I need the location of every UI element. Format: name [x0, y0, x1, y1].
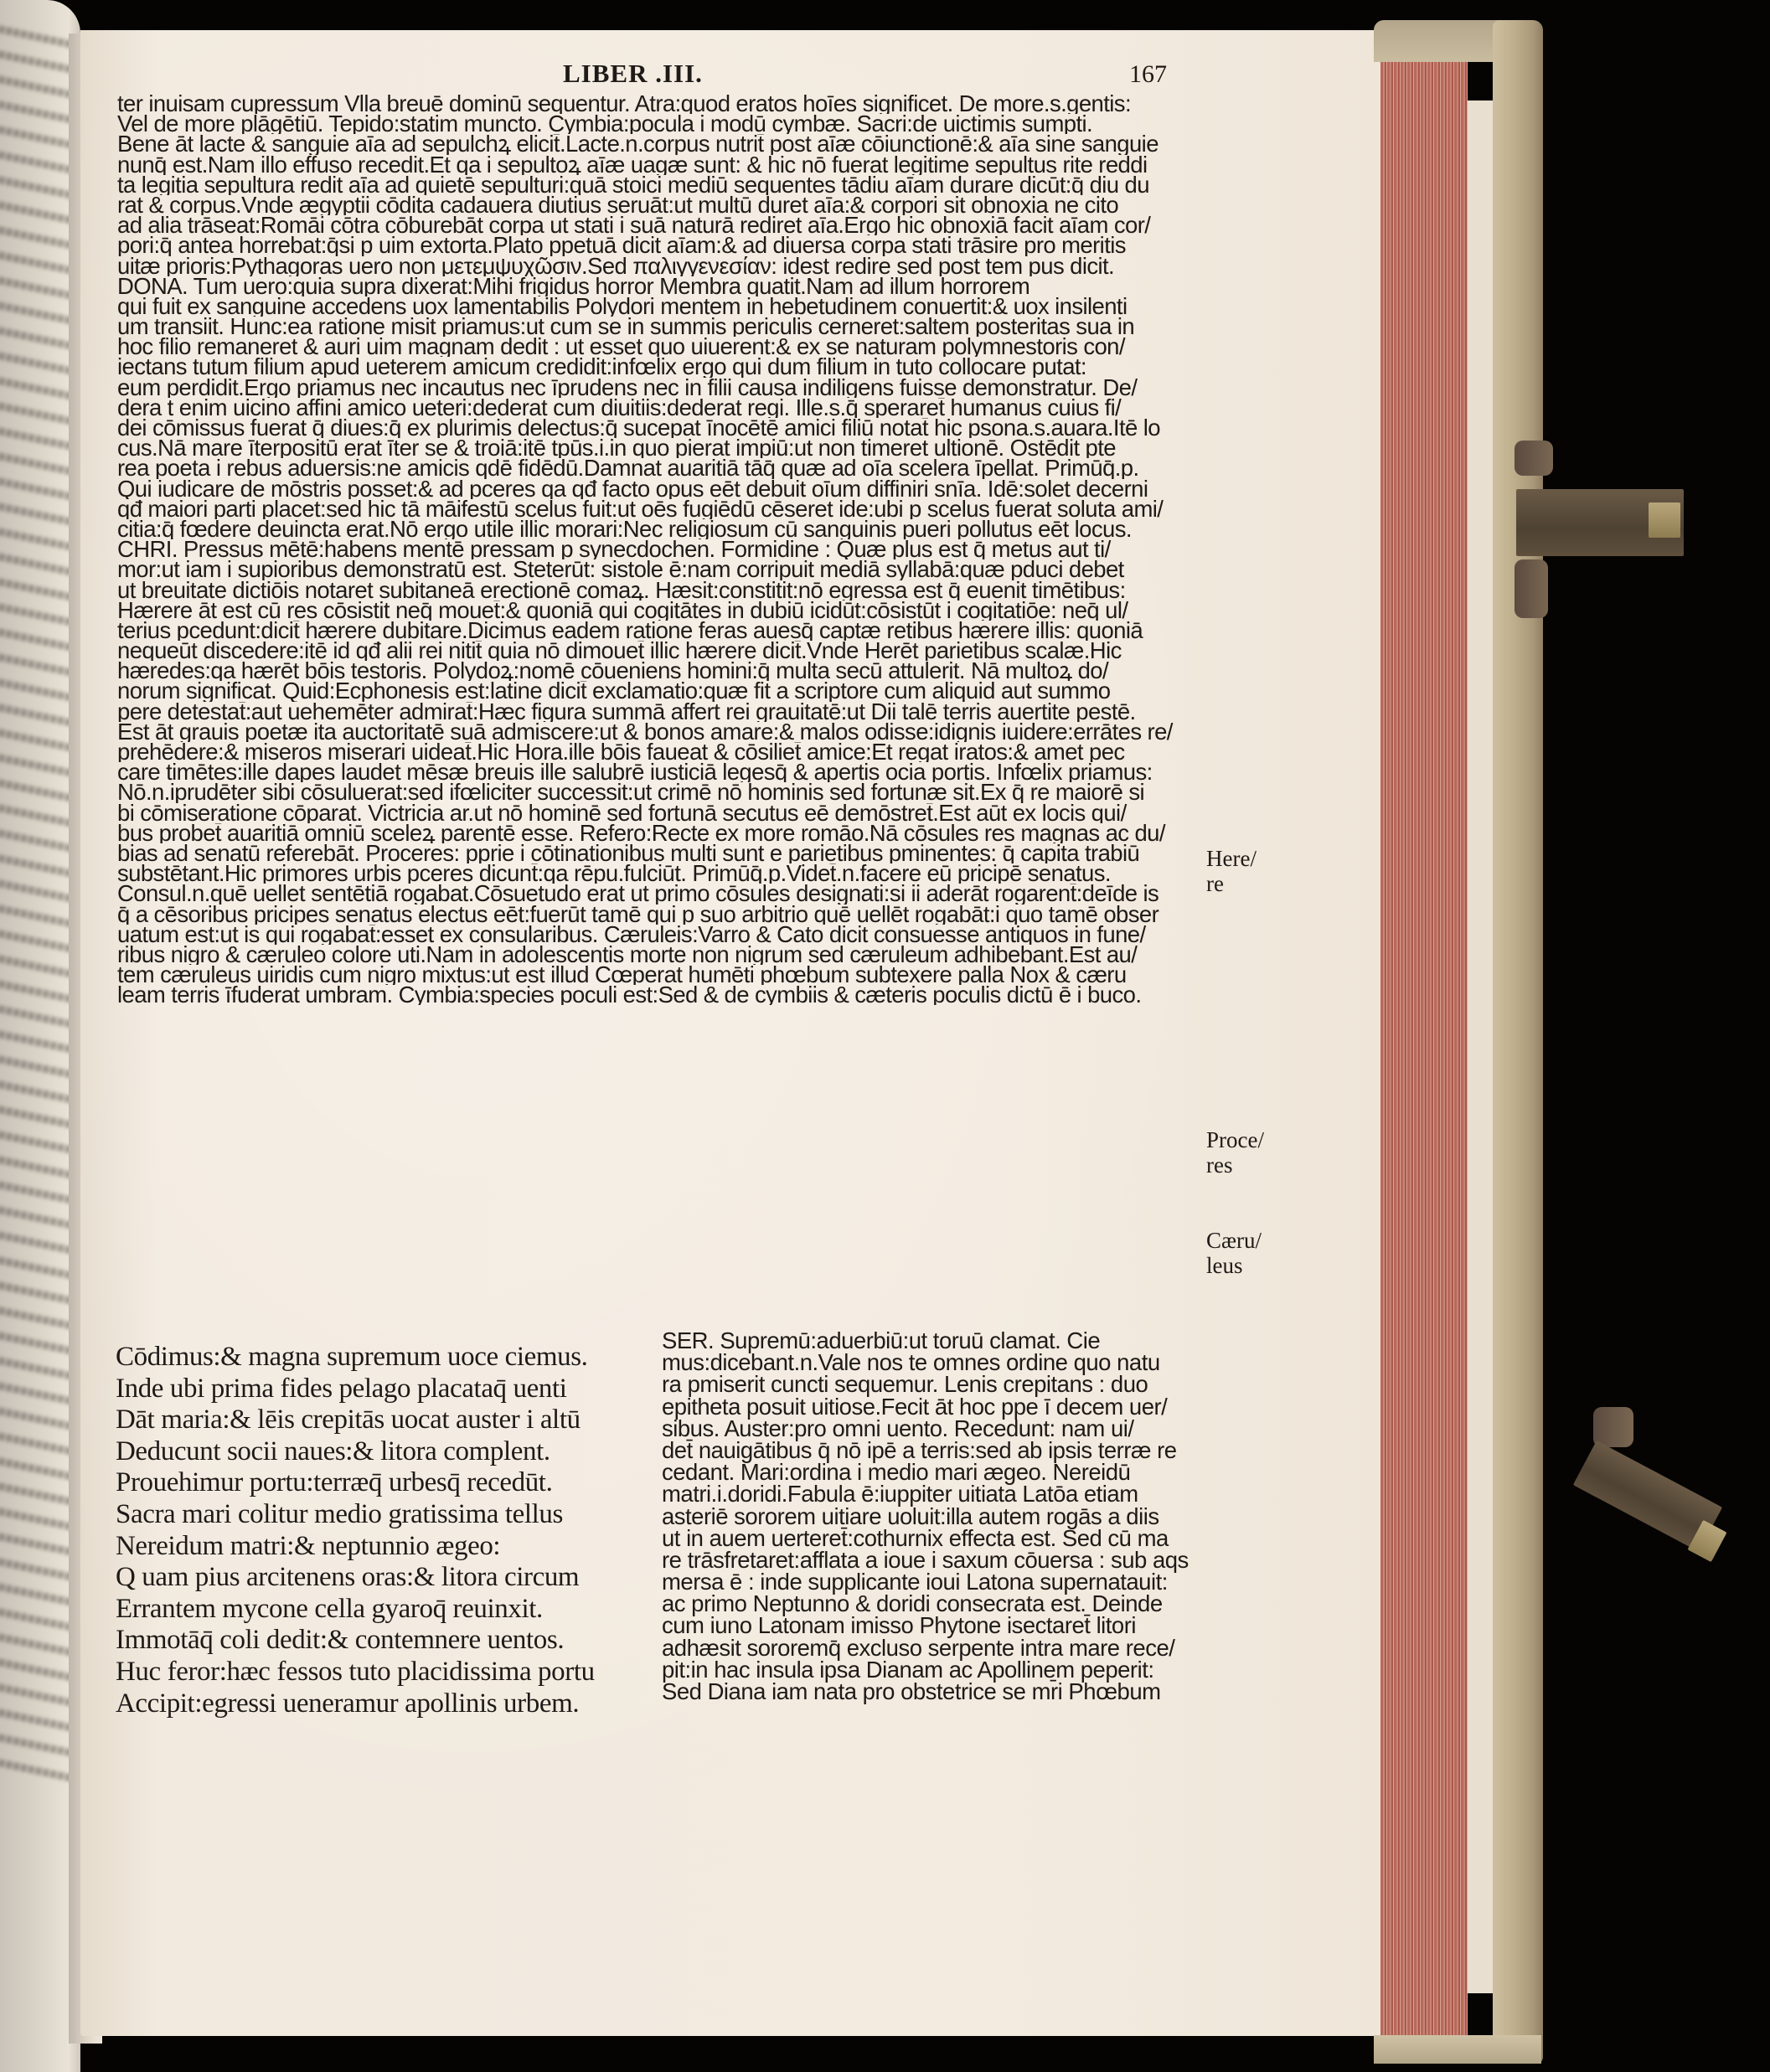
verse-line: Inde ubi prima fides pelago placataq̄ ue…: [116, 1374, 652, 1405]
commentary-line: bi cōmiseratione cōparat. Victricia ar.u…: [117, 803, 1198, 823]
commentary-line: DONA. Tum uero:quia supra dixerat:Mihi f…: [117, 276, 1198, 296]
commentary-line: sibus. Auster:pro omni uento. Recedunt: …: [662, 1418, 1206, 1440]
verse-line: Deducunt socii naues:& litora complent.: [116, 1436, 652, 1468]
vellum-binding: [1493, 20, 1543, 2064]
commentary-line: hoc filio remaneret & auri uim magnam de…: [117, 337, 1198, 357]
commentary-line: qui fuit ex sanguine accedens uox lament…: [117, 296, 1198, 317]
commentary-line: hæredes:qa hærēt bōis testoris. Polydoꝝ:…: [117, 661, 1198, 681]
commentary-line: ut breuitate dictiōis notaret subitaneā …: [117, 580, 1198, 600]
commentary-line: qđ maiori parti placet:sed hic tā māifes…: [117, 499, 1198, 519]
commentary-line: leam terris īfuderat umbram. Cymbia:spec…: [117, 985, 1198, 1005]
upper-clasp-catch-icon: [1649, 503, 1680, 538]
margin-note: Proce/res: [1206, 1127, 1264, 1178]
commentary-line: substētant.Hic primores urbis pceres dic…: [117, 863, 1198, 884]
commentary-line: dei cōmissus fuerat q̄ diues:q̄ ex pluri…: [117, 418, 1198, 438]
page-edge: [1468, 101, 1494, 1993]
commentary-line: dera t enim uicino affini amico ueteri:d…: [117, 398, 1198, 418]
commentary-line: Est āt grauis poetæ ita auctoritatē suā …: [117, 722, 1198, 742]
commentary-line: bus probet̄ auaritiā omniū sceleꝝ parent…: [117, 823, 1198, 843]
commentary-line: Hærere āt est cū res cōsistit neq̄ mouet…: [117, 600, 1198, 621]
commentary-line: ut in auem uerteret̄:cothurnix effecta e…: [662, 1528, 1206, 1549]
verse-line: Q uam pius arcitenens oras:& litora circ…: [116, 1562, 652, 1594]
verse-line: Cōdimus:& magna supremum uoce ciemus.: [116, 1342, 652, 1374]
commentary-line: rea poeta i rebus aduersis:ne amicis qdē…: [117, 458, 1198, 478]
verse-line: Dāt maria:& lēis crepitās uocat auster i…: [116, 1405, 652, 1436]
verse-line: Immotāq̄ coli dedit:& contemnere uentos.: [116, 1625, 652, 1657]
running-head: LIBER .III.: [563, 59, 703, 89]
commentary-line: ribus nigro & cæruleo colore uti.Nam in …: [117, 945, 1198, 965]
commentary-line: pere detestat̄:aut uehemēter admirat̄:Hæ…: [117, 702, 1198, 722]
commentary-line: asteriē sororem uitiare uoluit:illa aute…: [662, 1506, 1206, 1528]
margin-note-line: Proce/: [1206, 1127, 1264, 1152]
commentary-line: cum iuno Latonam imisso Phytone isectare…: [662, 1615, 1206, 1636]
margin-note-line: res: [1206, 1152, 1264, 1178]
commentary-line: nunq̄ est.Nam illo effuso recedit.Et qa …: [117, 155, 1198, 175]
commentary-line: rat & corpus.Vnde ægyptii cōdita cadauer…: [117, 195, 1198, 215]
verse-line: Sacra mari colitur medio gratissima tell…: [116, 1499, 652, 1531]
margin-note-line: re: [1206, 871, 1257, 896]
commentary-line: eum perdidit.Ergo priamus nec incautus n…: [117, 378, 1198, 398]
commentary-line: terius pcedunt:dicit̄ hærere dubitare.Di…: [117, 621, 1198, 641]
commentary-line: norum significat. Quid:Ecphonesis est:la…: [117, 681, 1198, 701]
red-fore-edge: [1380, 37, 1468, 2043]
verse-line: Prouehimur portu:terræq̄ urbesq̄ recedūt…: [116, 1467, 652, 1499]
margin-note: Cæru/leus: [1206, 1228, 1262, 1278]
commentary-line: bias ad senatū referebāt. Proceres: ppri…: [117, 843, 1198, 863]
commentary-line: um transiit. Hunc:ea ratione misit priam…: [117, 317, 1198, 337]
commentary-line: ter inuisam cupressum Vlla breuē dominū …: [117, 94, 1198, 114]
commentary-line: uitæ prioris:Pythagoras uero non μετεμψυ…: [117, 256, 1198, 276]
folio-number: 167: [1129, 60, 1167, 89]
commentary-line: CHRI. Pressus mētē:habens mentē pressam …: [117, 539, 1198, 559]
commentary-line: ad alia trāseat:Romāi cōtra cōburebāt co…: [117, 215, 1198, 235]
commentary-line: adhæsit sororemq̄ excluso serpente intra…: [662, 1637, 1206, 1659]
commentary-line: q̄ a cēsoribus pricipes senatus electus …: [117, 905, 1198, 925]
commentary-line: Vel de more plāgētiū. Tepido:statim munc…: [117, 114, 1198, 134]
clasp-rivet-bottom-icon: [1515, 559, 1548, 618]
commentary-line: care timētes:ille dapes laudet mēsæ breu…: [117, 762, 1198, 782]
commentary-line: nequeūt discedere:itē id qđ alii rei nit…: [117, 641, 1198, 661]
commentary-line: Sed Diana iam nata pro obstetrice se mr̄…: [662, 1681, 1206, 1703]
verse-line: Nereidum matri:& neptunnio ægeo:: [116, 1531, 652, 1563]
verse-line: Errantem mycone cella gyaroq̄ reuinxit.: [116, 1594, 652, 1626]
commentary-line: mor:ut iam i supioribus demonstratū est.…: [117, 559, 1198, 580]
verse-line: Accipit:egressi ueneramur apollinis urbe…: [116, 1688, 652, 1720]
verse-block: Cōdimus:& magna supremum uoce ciemus.Ind…: [116, 1342, 652, 1719]
margin-note-line: Cæru/: [1206, 1228, 1262, 1253]
vellum-binding-bottom: [1374, 2035, 1541, 2064]
commentary-line: iectans tutum filium apud ueterem amicum…: [117, 357, 1198, 377]
commentary-line: uatum est:ut is qui rogabat̄:esset ex co…: [117, 925, 1198, 945]
commentary-line: prehēdere:& miseros miserari uideat̄.Hic…: [117, 742, 1198, 762]
commentary-block: ter inuisam cupressum Vlla breuē dominū …: [117, 94, 1198, 1005]
commentary-line: ta legitia sepultura redit aīa ad quietē…: [117, 175, 1198, 195]
verse-line: Huc feror:hæc fessos tuto placidissima p…: [116, 1657, 652, 1688]
commentary-line: matri.i.doridi.Fabula ē:iuppiter uitiata…: [662, 1483, 1206, 1505]
commentary-line: citia:q̄ fœdere deuincta erat.Nō ergo ut…: [117, 519, 1198, 539]
clasp-rivet-top-icon: [1515, 441, 1553, 476]
margin-note-line: leus: [1206, 1253, 1262, 1278]
commentary-line: ra pmiserit cuncti sequemur. Lenis crepi…: [662, 1374, 1206, 1395]
right-column-commentary: SER. Supremū:aduerbiū:ut toruū clamat. C…: [662, 1330, 1206, 1703]
commentary-line: epitheta posuit uitiose.Fecit āt hoc ppe…: [662, 1396, 1206, 1418]
commentary-line: Bene āt lacte & sanguie aīa ad sepulchꝝ …: [117, 134, 1198, 154]
commentary-line: Qui iudicare de mōstris posset:& ad pcer…: [117, 479, 1198, 499]
commentary-line: Consul.n.quē uellet sentētiā rogabat.Cōs…: [117, 884, 1198, 904]
commentary-line: tem cæruleus uiridis cum nigro mixtus:ut…: [117, 965, 1198, 985]
commentary-line: pori:q̄ antea horrebat:q̄si p uim extort…: [117, 235, 1198, 255]
commentary-line: cus.Nā mare īterpositū erat īter se & tr…: [117, 438, 1198, 458]
commentary-line: Nō.n.iprudēter sibi cōsuluerat:sed ifœli…: [117, 782, 1198, 802]
margin-note-line: Here/: [1206, 846, 1257, 871]
margin-note: Here/re: [1206, 846, 1257, 896]
